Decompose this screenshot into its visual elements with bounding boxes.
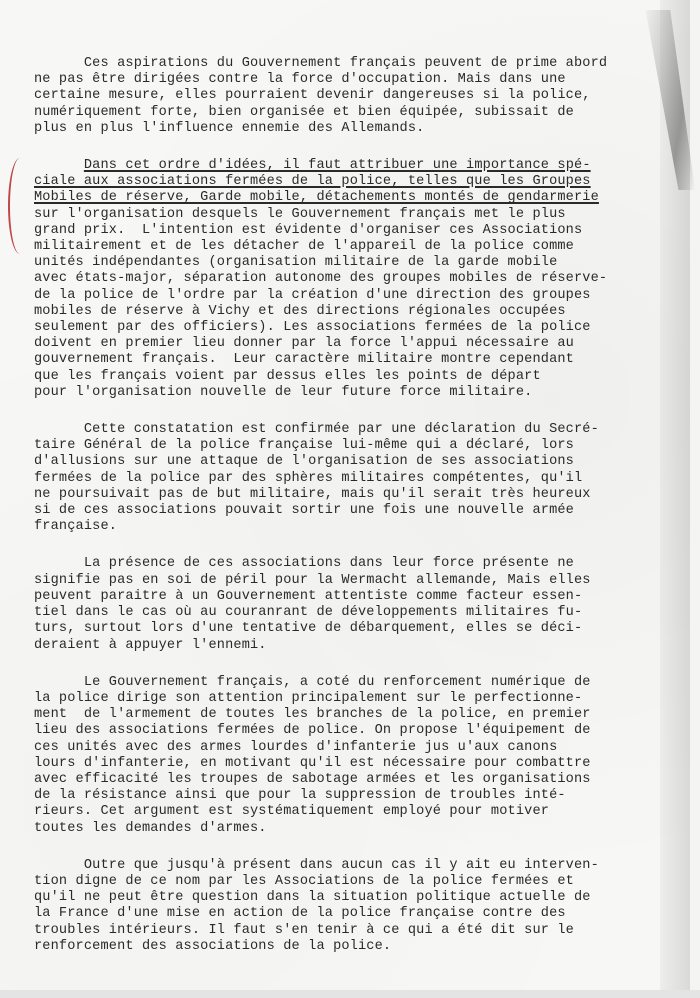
- text-line: ment de l'armement de toutes les branche…: [34, 707, 674, 723]
- paragraph: La présence de ces associations dans leu…: [34, 556, 674, 653]
- text-line: turs, surtout lors d'une tentative de dé…: [34, 621, 674, 637]
- text-line: Ces aspirations du Gouvernement français…: [34, 56, 674, 72]
- text-line: de la résistance ainsi que pour la suppr…: [34, 788, 674, 804]
- text-line: Outre que jusqu'à présent dans aucun cas…: [34, 858, 674, 874]
- text-line: grand prix. L'intention est évidente d'o…: [34, 223, 674, 239]
- text-line: seulement par des officiers). Les associ…: [34, 320, 674, 336]
- text-line: unités indépendantes (organisation milit…: [34, 255, 674, 271]
- text-line: lours d'infanterie, en motivant qu'il es…: [34, 756, 674, 772]
- paragraph: Dans cet ordre d'idées, il faut attribue…: [34, 158, 674, 401]
- scan-bottom-edge: [0, 990, 700, 998]
- text-line: de la police de l'ordre par la création …: [34, 288, 674, 304]
- text-line: lieu des associations fermées de police.…: [34, 723, 674, 739]
- text-line: signifie pas en soi de péril pour la Wer…: [34, 573, 674, 589]
- text-line: pour l'organisation nouvelle de leur fut…: [34, 385, 674, 401]
- text-line: Mobiles de réserve, Garde mobile, détach…: [34, 190, 674, 206]
- text-line: sur l'organisation desquels le Gouvernem…: [34, 207, 674, 223]
- text-line: rieurs. Cet argument est systématiquemen…: [34, 804, 674, 820]
- paragraph: Cette constatation est confirmée par une…: [34, 422, 674, 535]
- text-line: troubles intérieurs. Il faut s'en tenir …: [34, 923, 674, 939]
- text-line: la police dirige son attention principal…: [34, 691, 674, 707]
- text-line: Cette constatation est confirmée par une…: [34, 422, 674, 438]
- text-line: tiel dans le cas où au couranrant de dév…: [34, 605, 674, 621]
- text-line: doivent en premier lieu donner par la fo…: [34, 336, 674, 352]
- text-line: ces unités avec des armes lourdes d'infa…: [34, 740, 674, 756]
- text-line: française.: [34, 519, 674, 535]
- document-body: Ces aspirations du Gouvernement français…: [34, 56, 674, 976]
- paragraph: Outre que jusqu'à présent dans aucun cas…: [34, 858, 674, 955]
- text-line: gouvernement français. Leur caractère mi…: [34, 352, 674, 368]
- text-line: tion digne de ce nom par les Association…: [34, 874, 674, 890]
- text-line: toutes les demandes d'armes.: [34, 821, 674, 837]
- text-line: plus en plus l'influence ennemie des All…: [34, 121, 674, 137]
- text-line: Dans cet ordre d'idées, il faut attribue…: [34, 158, 674, 174]
- text-line: que les français voient par dessus elles…: [34, 369, 674, 385]
- text-line: mobiles de réserve à Vichy et des direct…: [34, 304, 674, 320]
- text-line: La présence de ces associations dans leu…: [34, 556, 674, 572]
- text-line: la France d'une mise en action de la pol…: [34, 906, 674, 922]
- paragraph: Le Gouvernement français, a coté du renf…: [34, 675, 674, 837]
- text-line: si de ces associations pouvait sortir un…: [34, 503, 674, 519]
- text-line: ciale aux associations fermées de la pol…: [34, 174, 674, 190]
- text-line: qu'il ne peut être question dans la situ…: [34, 890, 674, 906]
- text-line: avec états-major, séparation autonome de…: [34, 271, 674, 287]
- text-line: d'allusions sur une attaque de l'organis…: [34, 454, 674, 470]
- paragraph: Ces aspirations du Gouvernement français…: [34, 56, 674, 137]
- text-line: avec efficacité les troupes de sabotage …: [34, 772, 674, 788]
- text-line: ne poursuivait pas de but militaire, mai…: [34, 487, 674, 503]
- margin-bracket-annotation: [8, 158, 32, 254]
- text-line: Le Gouvernement français, a coté du renf…: [34, 675, 674, 691]
- text-line: taire Général de la police française lui…: [34, 438, 674, 454]
- text-line: fermées de la police par des sphères mil…: [34, 471, 674, 487]
- text-line: peuvent paraitre à un Gouvernement atten…: [34, 589, 674, 605]
- text-line: deraient à appuyer l'ennemi.: [34, 638, 674, 654]
- text-line: militairement et de les détacher de l'ap…: [34, 239, 674, 255]
- text-line: renforcement des associations de la poli…: [34, 939, 674, 955]
- text-line: certaine mesure, elles pourraient deveni…: [34, 88, 674, 104]
- scanned-page: Ces aspirations du Gouvernement français…: [0, 0, 690, 990]
- text-line: numériquement forte, bien organisée et b…: [34, 105, 674, 121]
- text-line: ne pas être dirigées contre la force d'o…: [34, 72, 674, 88]
